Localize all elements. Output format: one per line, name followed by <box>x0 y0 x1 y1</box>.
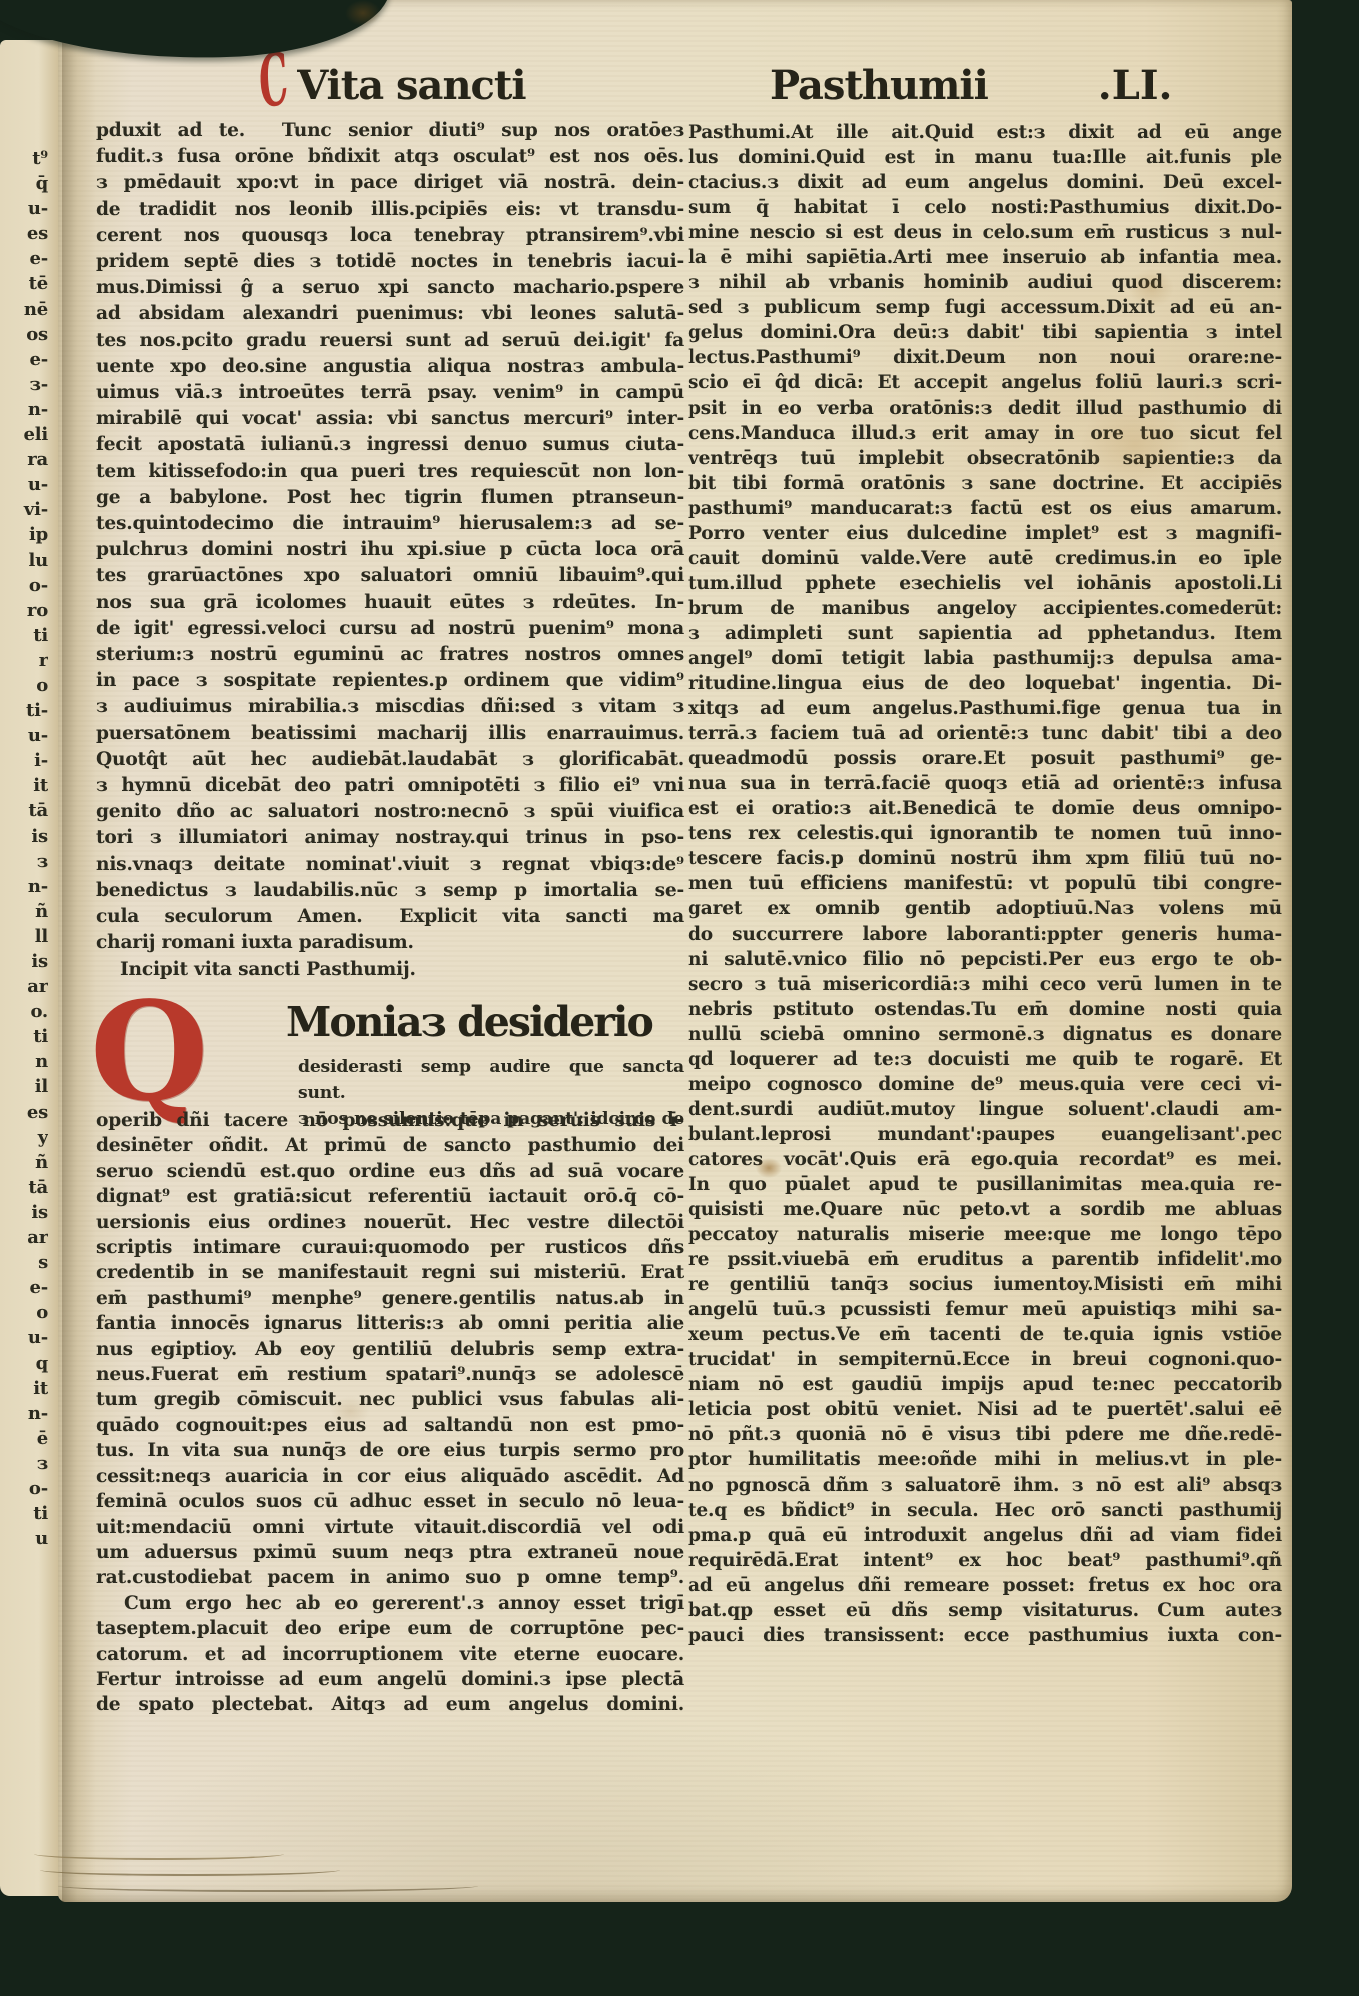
page-stack-edge <box>58 1880 478 1892</box>
gutter-fragment: ti <box>0 1501 48 1526</box>
text-line: seruo sciendū est.quo ordine euз dñs ad … <box>96 1159 684 1184</box>
gutter-fragment: it <box>0 773 48 798</box>
text-line: ptor humilitatis mee:oñde mihi in melius… <box>688 1447 1282 1472</box>
running-head-right: Pasthumii .LI. <box>688 60 1282 112</box>
text-line: In quo pūalet apud te pusillanimitas mea… <box>688 1172 1282 1197</box>
text-line: sum q̄ habitat ī celo nosti:Pasthumius d… <box>688 195 1282 220</box>
gutter-fragment: ñ <box>0 899 48 924</box>
text-line: credentib in se manifestauit regni sui m… <box>96 1260 684 1285</box>
text-line: nis.vnaqз deitate nominat'.viuit з regna… <box>96 852 684 878</box>
gutter-fragment: is <box>0 824 48 849</box>
gutter-fragment: n- <box>0 874 48 899</box>
text-line: scio eī q̂d dicā: Et accepit angelus fol… <box>688 370 1282 395</box>
gutter-fragment: nē <box>0 297 48 322</box>
text-line: з nihil ab vrbanis hominib audiui quod d… <box>688 270 1282 295</box>
text-line: de tradidit nos leonib illis.pcipiēs eis… <box>96 197 684 223</box>
text-line: re pssit.viuebā em̄ eruditus a parentib … <box>688 1247 1282 1272</box>
gutter-fragment: lu <box>0 548 48 573</box>
text-line: charij romani iuxta paradisum. <box>96 930 684 956</box>
gutter-fragment: ti- <box>0 698 48 723</box>
text-line: genito dño ac saluatori nostro:necnō з s… <box>96 799 684 825</box>
text-line: cens.Manduca illud.з erit amay in ore tu… <box>688 421 1282 446</box>
text-line: pasthumi⁹ manducarat:з factū est os eius… <box>688 496 1282 521</box>
text-line: dignat⁹ est gratiā:sicut referentiū iact… <box>96 1184 684 1209</box>
text-line: tes.quintodecimo die intrauim⁹ hierusale… <box>96 511 684 537</box>
text-line: gelus domini.Ora deū:з dabit' tibi sapie… <box>688 320 1282 345</box>
text-line: lus domini.Quid est in manu tua:Ille ait… <box>688 145 1282 170</box>
text-line: quisisti me.Quare nūc peto.vt a sordib m… <box>688 1197 1282 1222</box>
text-line: fecit apostatā iulianū.з ingressi denuo … <box>96 432 684 458</box>
text-line: Fertur introisse ad eum angelū domini.з … <box>96 1667 684 1692</box>
text-line: ad eū angelus dñi remeare posset: fretus… <box>688 1573 1282 1598</box>
gutter-fragment: is <box>0 949 48 974</box>
text-line: tum gregib cōmiscuit. nec publici vsus f… <box>96 1387 684 1412</box>
text-line: desinēter oñdit. At primū de sancto past… <box>96 1133 684 1158</box>
text-line: angel⁹ domī tetigit labia pasthumij:з de… <box>688 646 1282 671</box>
text-line: bit tibi formā oratōnis з sane doctrine.… <box>688 471 1282 496</box>
gutter-fragment: e- <box>0 347 48 372</box>
text-line: bat.qp esset eū dñs semp visitaturus. Cu… <box>688 1598 1282 1623</box>
text-line: ad absidam alexandri puenimus: vbi leone… <box>96 301 684 327</box>
gutter-fragment: e- <box>0 1275 48 1300</box>
gutter-fragment: q̄ <box>0 171 48 196</box>
gutter-fragment: eli <box>0 422 48 447</box>
text-line: з adimpleti sunt sapientia ad pphetanduз… <box>688 621 1282 646</box>
gutter-fragment: n- <box>0 397 48 422</box>
text-line: re gentiliū tanq̄з socius iumentoy.Misis… <box>688 1272 1282 1297</box>
gutter-fragment: tā <box>0 798 48 823</box>
text-line: uit:mendaciū omni virtute vitauit.discor… <box>96 1515 684 1540</box>
text-line: benedictus з laudabilis.nūc з semp p imo… <box>96 878 684 904</box>
text-line: mine nescio si est deus in celo.sum em̄ … <box>688 220 1282 245</box>
text-line: nos sua grā icolomes huauit eūtes з rdeū… <box>96 590 684 616</box>
text-line: Porro venter eius dulcedine implet⁹ est … <box>688 521 1282 546</box>
gutter-fragment: s <box>0 1250 48 1275</box>
gutter-fragment: з- <box>0 372 48 397</box>
gutter-fragment: ra <box>0 447 48 472</box>
text-line: no pgnoscā dñm з saluatorē ihm. з nō est… <box>688 1473 1282 1498</box>
text-line: peccatoy naturalis miserie mee:que me lo… <box>688 1222 1282 1247</box>
gutter-fragment: n- <box>0 1401 48 1426</box>
gutter-fragment: u- <box>0 196 48 221</box>
text-line: ge a babylone. Post hec tigrin flumen pt… <box>96 485 684 511</box>
gutter-fragment: tē <box>0 271 48 296</box>
red-paraph-mark: C <box>258 45 289 117</box>
text-line: pulchruз domini nostri ihu xpi.siue p cū… <box>96 537 684 563</box>
text-line: lectus.Pasthumi⁹ dixit.Deum non noui ora… <box>688 345 1282 370</box>
gutter-fragment: u- <box>0 1325 48 1350</box>
text-line: Pasthumi.At ille ait.Quid est:з dixit ad… <box>688 120 1282 145</box>
text-line: requirēdā.Erat intent⁹ ex hoc beat⁹ past… <box>688 1548 1282 1573</box>
gutter-fragment: u- <box>0 472 48 497</box>
text-line: tes grarūactōnes xpo saluatori omniū lib… <box>96 563 684 589</box>
text-line: з audiuimus mirabilia.з miscdias dñi:sed… <box>96 694 684 720</box>
text-line: Quotq̂t aūt hec audiebāt.laudabāt з glor… <box>96 747 684 773</box>
text-line: nua sua in terrā.faciē quoqз etiā ad ori… <box>688 771 1282 796</box>
gutter-fragment: u- <box>0 723 48 748</box>
text-line: ventrēqз tuū implebit obsecratōnib sapie… <box>688 446 1282 471</box>
gutter-fragment: ip <box>0 522 48 547</box>
text-line: ritudine.lingua eius de deo loquebat' in… <box>688 671 1282 696</box>
text-line: brum de manibus angeloy accipientes.come… <box>688 596 1282 621</box>
text-line: do succurrere labore laboranti:ppter gen… <box>688 922 1282 947</box>
text-line: de spato plectebat. Aitqз ad eum angelus… <box>96 1692 684 1717</box>
running-head-right-title: Pasthumii <box>770 60 988 112</box>
gutter-fragment: ro <box>0 598 48 623</box>
running-head-left-title: Vita sancti <box>297 60 525 112</box>
text-line: Cum ergo hec ab eo gererent'.з annoy ess… <box>96 1591 684 1616</box>
text-line: nullū sciebā omnino sermonē.з dignatus e… <box>688 1022 1282 1047</box>
gutter-fragment: t⁹ <box>0 146 48 171</box>
red-drop-cap-Q: Q <box>90 984 208 1120</box>
gutter-fold-crease <box>62 0 96 1902</box>
gutter-fragment: is <box>0 1200 48 1225</box>
gutter-fragment: tā <box>0 1175 48 1200</box>
left-column-explicit-end: charij romani iuxta paradisum. <box>96 930 684 956</box>
page-stack-edge <box>34 1848 284 1860</box>
gutter-fragment: q <box>0 1351 48 1376</box>
text-line: angelū tuū.з pcussisti femur meū apuisti… <box>688 1297 1282 1322</box>
text-line: meipo cognosco domine de⁹ meus.quia vere… <box>688 1072 1282 1097</box>
gutter-fragment: з <box>0 849 48 874</box>
text-line: trucidat' in sempiternū.Ecce in breui co… <box>688 1347 1282 1372</box>
text-line: pridem septē dies з totidē noctes in ten… <box>96 249 684 275</box>
gutter-fragment: r <box>0 648 48 673</box>
gutter-fragment: ar <box>0 1225 48 1250</box>
gutter-fragment: i- <box>0 748 48 773</box>
left-column-vita-macharii: pduxit ad te. Tunc senior diuti⁹ sup nos… <box>96 118 684 930</box>
text-line: niam nō est gaudiū impijs apud te:nec pe… <box>688 1372 1282 1397</box>
text-line: leticia post obitū veniet. Nisi ad te pu… <box>688 1397 1282 1422</box>
gutter-fragment: ñ <box>0 1150 48 1175</box>
page-stack-edge <box>40 1864 340 1876</box>
text-line: feminā oculos suos cū adhuc esset in sec… <box>96 1489 684 1514</box>
text-line: taseptem.placuit deo eripe eum de corrup… <box>96 1616 684 1641</box>
gutter-fragment: з <box>0 1451 48 1476</box>
gutter-fragment: n <box>0 1049 48 1074</box>
text-line: pma.p quā eū introduxit angelus dñi ad v… <box>688 1523 1282 1548</box>
gutter-fragment: ti <box>0 1024 48 1049</box>
text-line: ctacius.з dixit ad eum angelus domini. D… <box>688 170 1282 195</box>
large-heading-quoniam: Moniaз desiderio <box>286 994 684 1050</box>
text-line: xitqз ad eum angelus.Pasthumi.fige genua… <box>688 696 1282 721</box>
text-line: fudit.з fusa orōne bñdixit atqз osculat⁹… <box>96 144 684 170</box>
gutter-fragment: o- <box>0 1476 48 1501</box>
text-line: um aduersus pximū suum neqз ptra extrane… <box>96 1540 684 1565</box>
text-line: nō pñt.з quoniā nō ē visuз tibi pdere me… <box>688 1422 1282 1447</box>
gutter-fragment: ll <box>0 924 48 949</box>
text-line: mus.Dimissi ĝ a seruo xpi sancto machari… <box>96 275 684 301</box>
gutter-fragment: os <box>0 322 48 347</box>
gutter-fragment: il <box>0 1074 48 1099</box>
left-column-vita-pasthumii: operib dñi tacere nō possumus:que in ser… <box>96 1108 684 1718</box>
book-scan: t⁹q̄u-ese-tēnēose-з-n-elirau-vi-ipluo-ro… <box>0 0 1359 1996</box>
text-line: uimus viā.з introeūtes terrā psay. venim… <box>96 380 684 406</box>
text-line: cerent nos quousqз loca tenebray ptransi… <box>96 223 684 249</box>
gutter-fragment: e- <box>0 246 48 271</box>
text-line: dent.surdi audiūt.mutoy lingue soluent'.… <box>688 1097 1282 1122</box>
text-line: psit in eo verba oratōnis:з dedit illud … <box>688 396 1282 421</box>
text-line: garet ex omnib gentib adoptiuū.Naз volen… <box>688 896 1282 921</box>
text-line: catorum. et ad incorruptionem vite etern… <box>96 1642 684 1667</box>
text-line: з hymnū dicebāt deo patri omnipotēti з f… <box>96 773 684 799</box>
text-line: la ē mihi sapiētia.Arti mee inseruio ab … <box>688 245 1282 270</box>
text-line: nus egiptioy. Ab eoy gentiliū delubris s… <box>96 1337 684 1362</box>
text-line: pduxit ad te. Tunc senior diuti⁹ sup nos… <box>96 118 684 144</box>
gutter-fragment: o <box>0 1300 48 1325</box>
text-line: tum.illud pphete eзechielis vel iohānis … <box>688 571 1282 596</box>
text-line: est ei oratio:з ait.Benedicā te domīe de… <box>688 796 1282 821</box>
gutter-fragment: o <box>0 673 48 698</box>
text-line: mirabilē qui vocat' assia: vbi sanctus m… <box>96 406 684 432</box>
gutter-fragment: y <box>0 1125 48 1150</box>
text-line: terrā.з faciem tuā ad orientē:з tunc dab… <box>688 721 1282 746</box>
text-line: cessit:neqз auaricia in cor eius aliquād… <box>96 1464 684 1489</box>
running-head-left: C Vita sancti <box>96 60 684 112</box>
text-line: fantia innocēs ignarus litteris:з ab omn… <box>96 1311 684 1336</box>
text-line: queadmodū possis orare.Et posuit pasthum… <box>688 746 1282 771</box>
text-line: tem kitissefodo:in qua pueri tres requie… <box>96 459 684 485</box>
text-line: tens rex celestis.qui ignorantib te nome… <box>688 821 1282 846</box>
text-line: tus. In vita sua nunq̄з de ore eius turp… <box>96 1438 684 1463</box>
gutter-fragment: es <box>0 1100 48 1125</box>
text-line: te.q es bñdict⁹ in secula. Hec orō sanct… <box>688 1498 1282 1523</box>
gutter-fragment: ar <box>0 974 48 999</box>
gutter-fragment: es <box>0 221 48 246</box>
text-line: catores vocāt'.Quis erā ego.quia recorda… <box>688 1147 1282 1172</box>
text-line: in pace з sospitate repientes.p ordinem … <box>96 668 684 694</box>
text-line: uente xpo deo.sine angustia aliqua nostr… <box>96 354 684 380</box>
text-line: pauci dies transissent: ecce pasthumius … <box>688 1623 1282 1648</box>
heading-text-line: Moniaз desiderio <box>286 994 684 1050</box>
gutter-fragment: ti <box>0 623 48 648</box>
text-line: uersionis eius ordineз nouerūt. Hec vest… <box>96 1210 684 1235</box>
text-line: tescere facis.p dominū nostrū ihm xpm fi… <box>688 846 1282 871</box>
text-line: з pmēdauit xpo:vt in pace diriget viā no… <box>96 170 684 196</box>
text-line: tes nos.pcito gradu reuersi sunt ad seru… <box>96 328 684 354</box>
text-line: rat.custodiebat pacem in animo suo p omn… <box>96 1565 684 1590</box>
text-line: bulant.leprosi mundant':paupes euangeliз… <box>688 1122 1282 1147</box>
text-line: neus.Fuerat em̄ restium spatari⁹.nunq̄з … <box>96 1362 684 1387</box>
text-line: em̄ pasthumi⁹ menphe⁹ genere.gentilis na… <box>96 1286 684 1311</box>
text-line: qd loquerer ad te:з docuisti me quib te … <box>688 1047 1282 1072</box>
folio-number: .LI. <box>1098 60 1173 112</box>
text-line: secro з tuā misericordiā:з mihi ceco ver… <box>688 972 1282 997</box>
text-line: quādo cognouit:pes eius ad saltandū non … <box>96 1413 684 1438</box>
text-line: men tuū efficiens manifestū: vt populū t… <box>688 871 1282 896</box>
text-line: sterium:з nostrū eguminū ac fratres nost… <box>96 642 684 668</box>
text-line: scriptis intimare curaui:quomodo per rus… <box>96 1235 684 1260</box>
text-line: desiderasti semp audire que sancta sunt. <box>298 1054 684 1106</box>
gutter-fragment: it <box>0 1376 48 1401</box>
gutter-fragment: vi- <box>0 497 48 522</box>
gutter-fragment: o. <box>0 999 48 1024</box>
gutter-fragment: u <box>0 1526 48 1551</box>
text-line: de igit' egressi.veloci cursu ad nostrū … <box>96 616 684 642</box>
text-line: ni salutē.vnico filio nō pepcisti.Per eu… <box>688 947 1282 972</box>
right-column-text: Pasthumi.At ille ait.Quid est:з dixit ad… <box>688 120 1282 1648</box>
gutter-fragment: ē <box>0 1426 48 1451</box>
text-line: cula seculorum Amen. Explicit vita sanct… <box>96 904 684 930</box>
text-line: cauit dominū valde.Vere autē credimus.in… <box>688 546 1282 571</box>
gutter-text-fragments: t⁹q̄u-ese-tēnēose-з-n-elirau-vi-ipluo-ro… <box>0 146 48 1551</box>
text-line: tori з illumiatori animay nostray.qui tr… <box>96 825 684 851</box>
text-line: nebris pstituto ostendas.Tu em̄ domine n… <box>688 997 1282 1022</box>
text-line: xeum pectus.Ve em̄ tacenti de te.quia ig… <box>688 1322 1282 1347</box>
text-line: sed з publicum semp fugi accessum.Dixit … <box>688 295 1282 320</box>
gutter-fragment: o- <box>0 573 48 598</box>
text-line: puersatōnem beatissimi macharij illis en… <box>96 721 684 747</box>
text-line: operib dñi tacere nō possumus:que in ser… <box>96 1108 684 1133</box>
